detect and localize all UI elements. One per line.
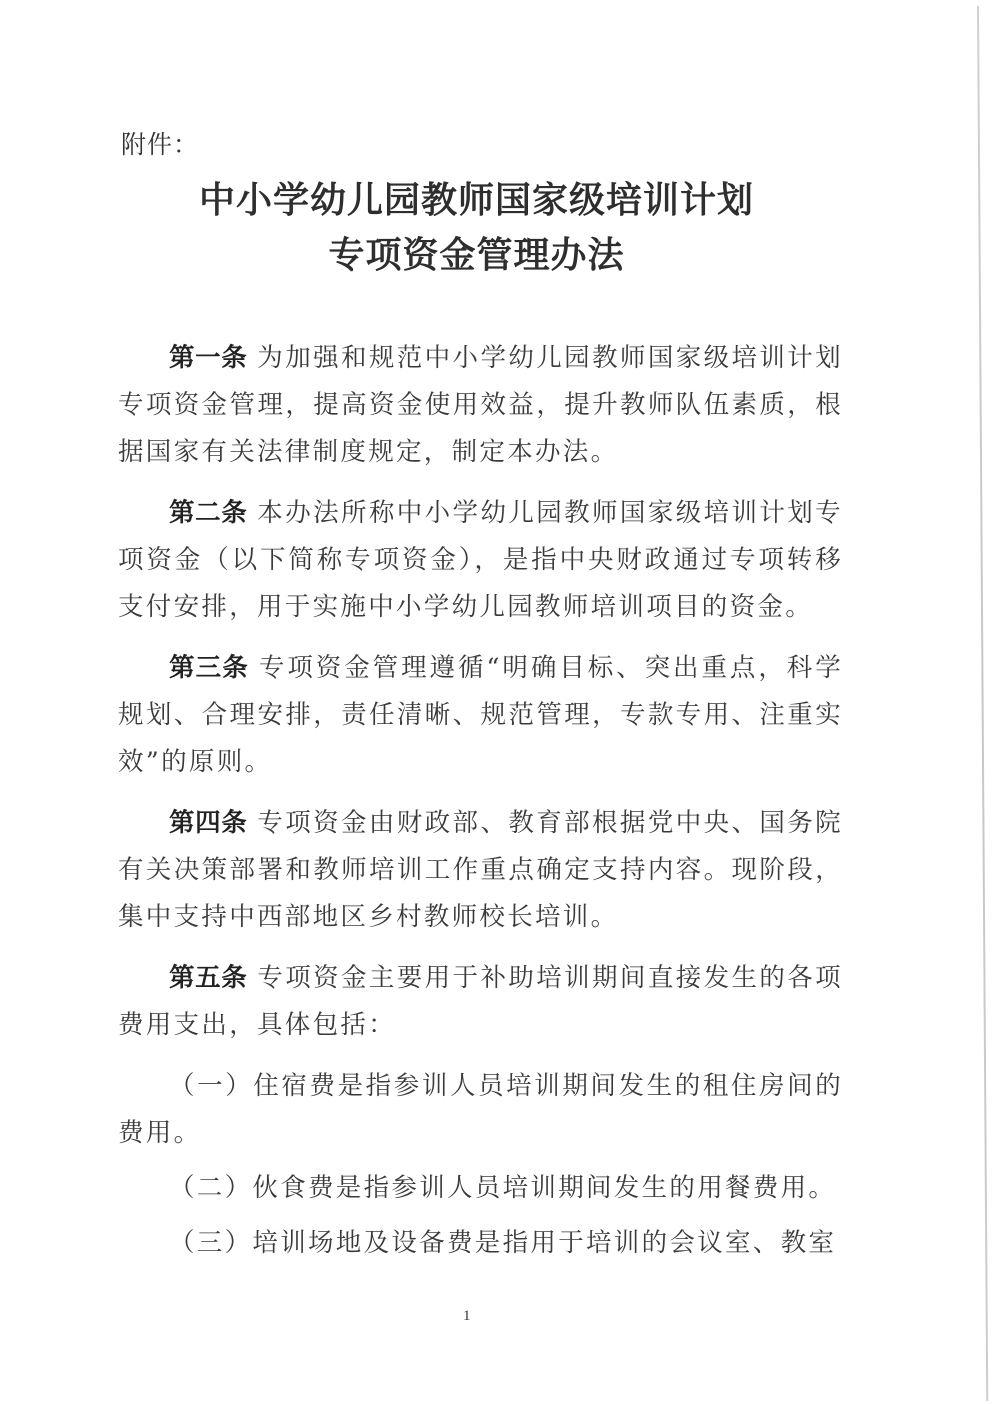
list-item-2: （二）伙食费是指参训人员培训期间发生的用餐费用。 bbox=[118, 1165, 843, 1212]
article-number: 第三条 bbox=[169, 653, 249, 683]
article-5: 第五条专项资金主要用于补助培训期间直接发生的各项费用支出，具体包括： bbox=[118, 955, 843, 1049]
article-2: 第二条本办法所称中小学幼儿园教师国家级培训计划专项资金（以下简称专项资金），是指… bbox=[118, 490, 843, 631]
document-title-line-1: 中小学幼儿园教师国家级培训计划 bbox=[0, 172, 973, 223]
article-3: 第三条专项资金管理遵循“明确目标、突出重点，科学规划、合理安排，责任清晰、规范管… bbox=[118, 645, 843, 786]
article-number: 第四条 bbox=[169, 808, 247, 838]
page-number: 1 bbox=[463, 1308, 471, 1325]
document-body: 第一条为加强和规范中小学幼儿园教师国家级培训计划专项资金管理，提高资金使用效益，… bbox=[118, 335, 843, 1275]
list-item-1: （一）住宿费是指参训人员培训期间发生的租住房间的费用。 bbox=[118, 1063, 843, 1157]
article-number: 第一条 bbox=[169, 343, 247, 373]
document-title-line-2: 专项资金管理办法 bbox=[0, 227, 973, 278]
scan-edge-line bbox=[977, 6, 988, 1401]
article-1: 第一条为加强和规范中小学幼儿园教师国家级培训计划专项资金管理，提高资金使用效益，… bbox=[118, 335, 843, 476]
article-4: 第四条专项资金由财政部、教育部根据党中央、国务院有关决策部署和教师培训工作重点确… bbox=[118, 800, 843, 941]
list-item-3: （三）培训场地及设备费是指用于培训的会议室、教室 bbox=[118, 1220, 843, 1267]
attachment-label: 附件： bbox=[121, 125, 199, 161]
article-number: 第二条 bbox=[169, 498, 247, 528]
article-number: 第五条 bbox=[169, 963, 247, 993]
